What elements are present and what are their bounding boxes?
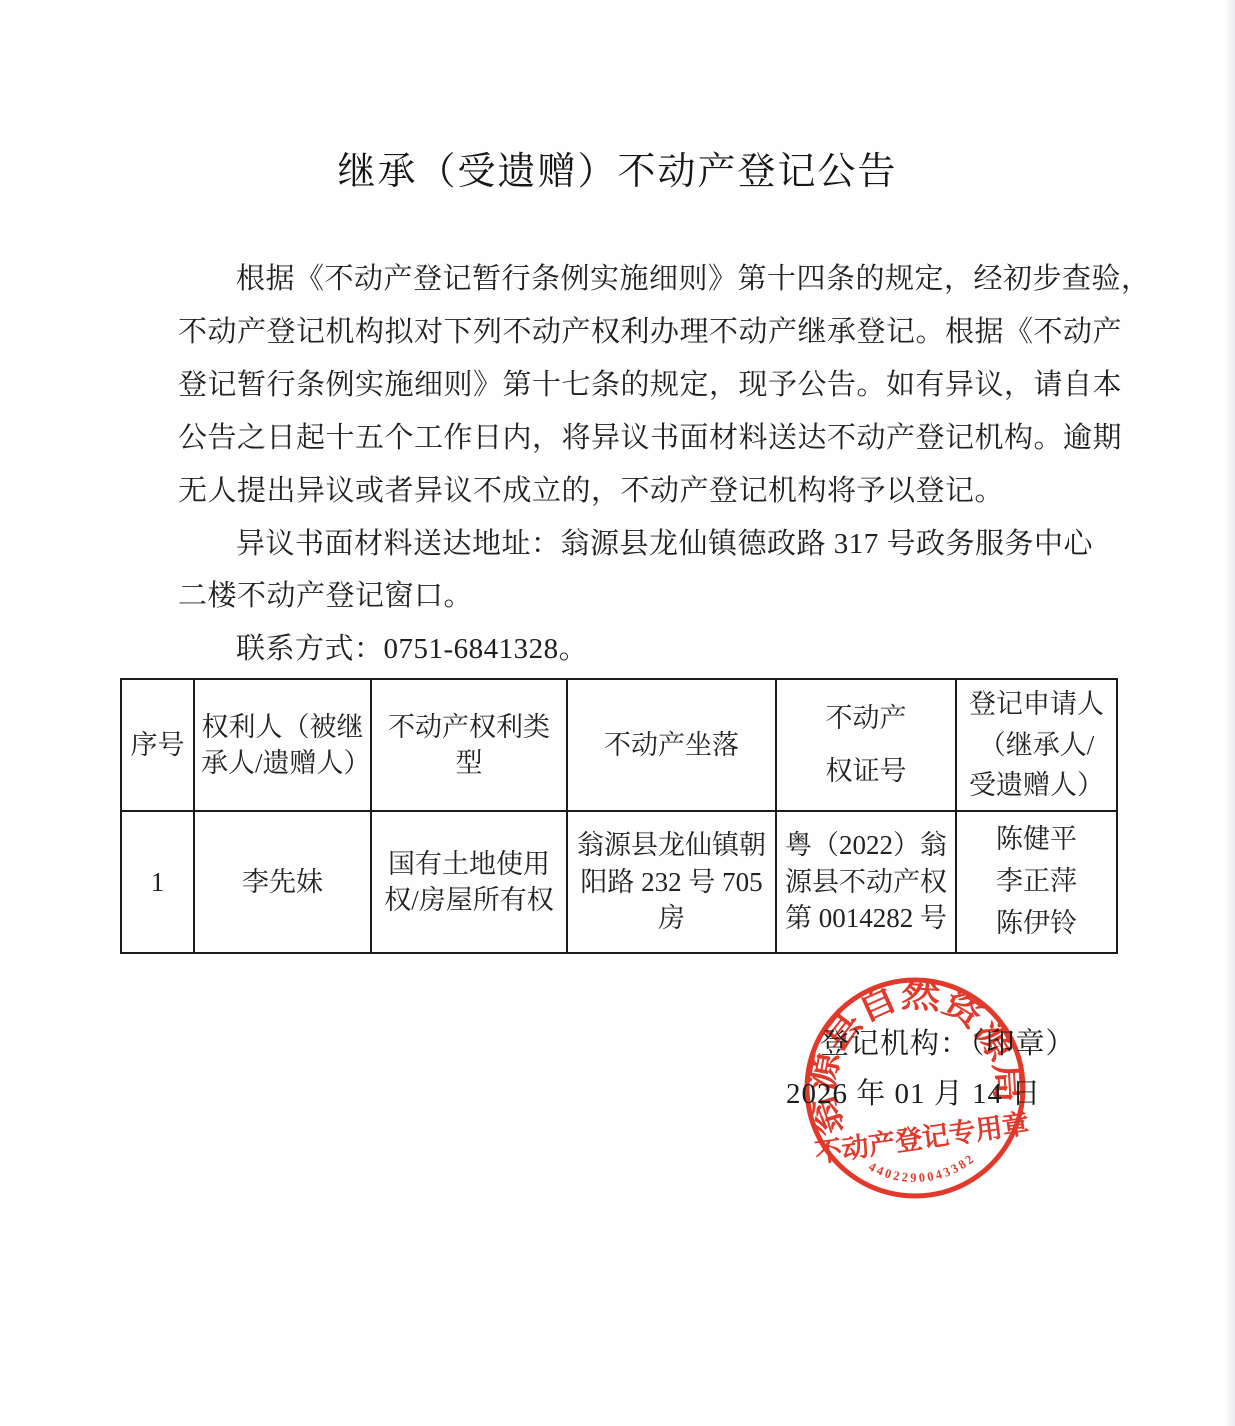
body-line-contact: 联系方式：0751-6841328。 xyxy=(178,626,1126,667)
cell-owner: 李先妹 xyxy=(194,811,371,953)
body-line: 根据《不动产登记暂行条例实施细则》第十四条的规定，经初步查验， xyxy=(178,256,1126,297)
page-title: 继承（受遗赠）不动产登记公告 xyxy=(0,140,1235,195)
cell-applicants: 陈健平 李正萍 陈伊铃 xyxy=(956,811,1117,953)
table-header-row: 序号 权利人（被继 承人/遗赠人） 不动产权利类 型 不动产坐落 不动产 权证号… xyxy=(121,679,1117,811)
registration-agency-line: 登记机构：（印章） xyxy=(820,1021,1076,1062)
header-location: 不动产坐落 xyxy=(567,679,776,811)
header-owner: 权利人（被继 承人/遗赠人） xyxy=(194,679,371,811)
cell-seq: 1 xyxy=(121,811,194,953)
cell-right-type: 国有土地使用 权/房屋所有权 xyxy=(371,811,567,953)
body-line: 不动产登记机构拟对下列不动产权利办理不动产继承登记。根据《不动产 xyxy=(178,309,1068,350)
scan-edge-shadow xyxy=(1225,0,1235,1426)
cell-location: 翁源县龙仙镇朝 阳路 232 号 705 房 xyxy=(567,811,776,953)
body-line: 登记暂行条例实施细则》第十七条的规定，现予公告。如有异议，请自本 xyxy=(178,362,1068,403)
body-line-address: 二楼不动产登记窗口。 xyxy=(178,573,1068,614)
registration-table: 序号 权利人（被继 承人/遗赠人） 不动产权利类 型 不动产坐落 不动产 权证号… xyxy=(120,678,1118,954)
header-cert-no: 不动产 权证号 xyxy=(776,679,956,811)
scanned-notice-page: 继承（受遗赠）不动产登记公告 根据《不动产登记暂行条例实施细则》第十四条的规定，… xyxy=(0,0,1235,1426)
body-line: 公告之日起十五个工作日内，将异议书面材料送达不动产登记机构。逾期 xyxy=(178,415,1068,456)
table-row: 1 李先妹 国有土地使用 权/房屋所有权 翁源县龙仙镇朝 阳路 232 号 70… xyxy=(121,811,1117,953)
body-line-address: 异议书面材料送达地址：翁源县龙仙镇德政路 317 号政务服务中心 xyxy=(178,521,1126,562)
notice-date: 2026 年 01 月 14 日 xyxy=(786,1071,1041,1112)
header-right-type: 不动产权利类 型 xyxy=(371,679,567,811)
header-seq: 序号 xyxy=(121,679,194,811)
header-applicant: 登记申请人 （继承人/ 受遗赠人） xyxy=(956,679,1117,811)
cell-cert-no: 粤（2022）翁 源县不动产权 第 0014282 号 xyxy=(776,811,956,953)
body-line: 无人提出异议或者异议不成立的，不动产登记机构将予以登记。 xyxy=(178,468,1068,509)
